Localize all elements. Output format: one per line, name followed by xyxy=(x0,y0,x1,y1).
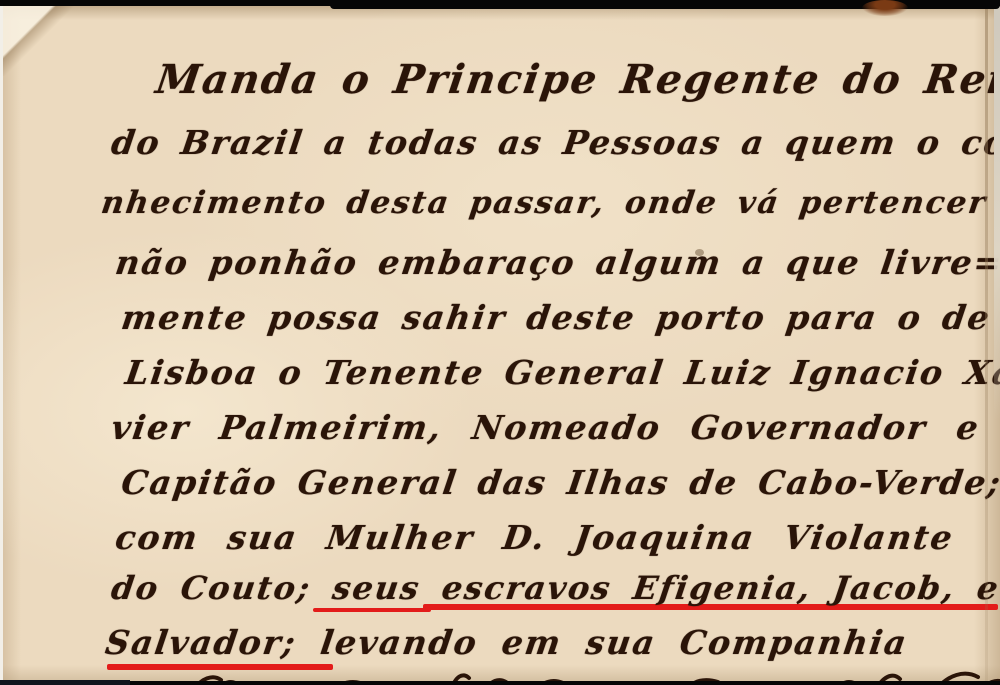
manuscript-text: do Couto; xyxy=(109,569,336,607)
scan-edge-right xyxy=(994,0,1000,420)
paper-fold-top-left xyxy=(3,6,123,76)
manuscript-text: nhecimento desta passar, onde vá pertenc… xyxy=(99,185,1000,221)
scan-edge-left xyxy=(0,0,3,685)
manuscript-text: Manda o Principe Regente do Reino xyxy=(153,56,1000,103)
manuscript-line-9: com sua Mulher D. Joaquina Violante xyxy=(113,518,956,557)
rust-stain xyxy=(862,0,908,16)
manuscript-text: não ponhão embaraço algum a que livre= xyxy=(113,243,1000,282)
manuscript-page: Manda o Principe Regente do Reino do Bra… xyxy=(3,6,1000,681)
manuscript-text-marked: Salvador xyxy=(103,623,285,662)
manuscript-text-marked: seus escravos Efigenia, Jacob, e xyxy=(330,569,1000,607)
manuscript-text: Lisboa o Tenente General Luiz Ignacio Xa… xyxy=(123,353,1000,392)
manuscript-text: vier Palmeirim, Nomeado Governador e xyxy=(109,408,982,447)
paper-crease-right xyxy=(985,6,988,681)
partial-bottom-line-strokes xyxy=(3,670,1000,681)
manuscript-line-3: nhecimento desta passar, onde vá pertenc… xyxy=(99,185,976,221)
manuscript-line-6: Lisboa o Tenente General Luiz Ignacio Xa… xyxy=(123,353,996,392)
manuscript-text: Capitão General das Ilhas de Cabo-Verde; xyxy=(119,463,1000,502)
manuscript-line-10: do Couto; seus escravos Efigenia, Jacob,… xyxy=(109,569,1000,607)
manuscript-text: com sua Mulher D. Joaquina Violante xyxy=(113,518,956,557)
manuscript-line-1: Manda o Principe Regente do Reino xyxy=(153,56,948,103)
manuscript-line-2: do Brazil a todas as Pessoas a quem o co… xyxy=(109,123,952,162)
manuscript-text: do Brazil a todas as Pessoas a quem o co… xyxy=(109,123,1000,162)
manuscript-text: mente possa sahir deste porto para o de xyxy=(119,298,993,337)
manuscript-line-8: Capitão General das Ilhas de Cabo-Verde; xyxy=(119,463,996,502)
red-underline-annotation-1 xyxy=(313,608,431,612)
scanned-manuscript-document: Manda o Principe Regente do Reino do Bra… xyxy=(0,0,1000,685)
manuscript-line-7: vier Palmeirim, Nomeado Governador e xyxy=(109,408,982,447)
manuscript-text: ; levando em sua Companhia xyxy=(280,623,911,662)
manuscript-line-5: mente possa sahir deste porto para o de xyxy=(119,298,970,337)
manuscript-line-11: Salvador; levando em sua Companhia xyxy=(103,623,910,662)
manuscript-line-4: não ponhão embaraço algum a que livre= xyxy=(113,243,986,282)
scan-edge-bottom-left xyxy=(0,680,130,685)
